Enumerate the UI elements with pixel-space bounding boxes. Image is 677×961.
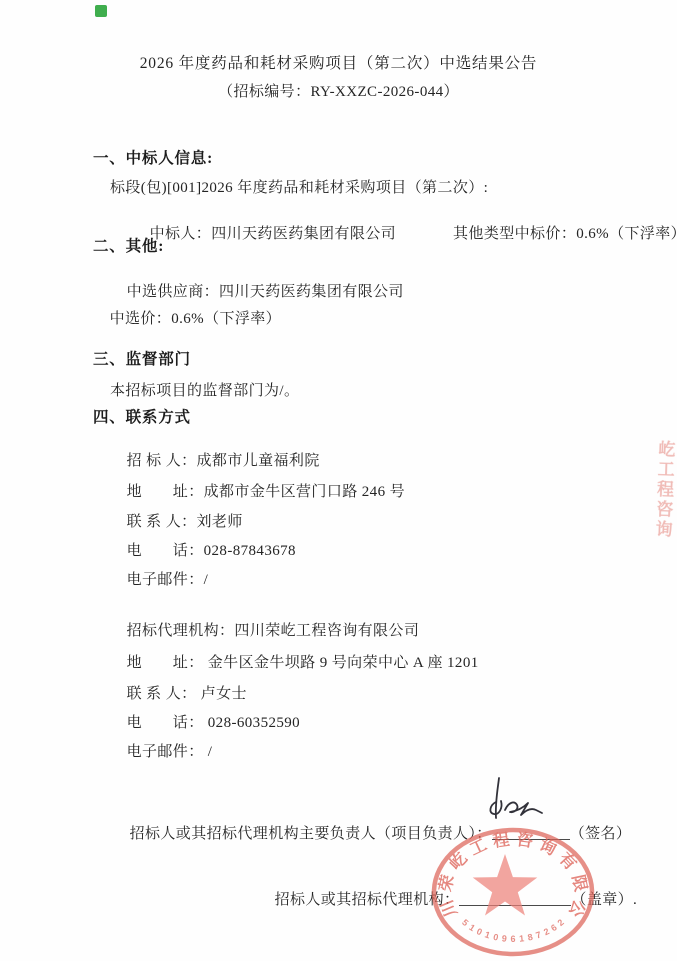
document-subtitle: （招标编号：RY-XXZC-2026-044） [0,84,677,101]
other-price-value: 0.6%（下浮率） [576,226,677,242]
svg-text:5101096187262: 5101096187262 [460,917,566,944]
supervision-body: 本招标项目的监督部门为/。 [110,383,299,400]
agency-phone-value: 028-60352590 [204,715,300,731]
seal-serial-number: 5101096187262 [460,917,566,944]
lot-line: 标段(包)[001]2026 年度药品和耗材采购项目（第二次）: [110,180,488,197]
scan-artifact-green-mark [95,5,107,17]
section-heading-other: 二、其他: [93,238,164,255]
selected-price-label: 中选价： [110,311,172,327]
agency-email-label: 电子邮件： [127,744,204,760]
agency-value: 四川荣屹工程咨询有限公司 [234,623,419,639]
email-value: / [204,572,209,588]
scan-artifact-stamp-bleed: 屹工程咨询 [649,440,677,541]
agency-email-value: / [204,744,213,760]
selected-price-line: 中选价：0.6%（下浮率） [93,294,281,345]
agency-label: 招标代理机构： [127,623,235,639]
section-heading-winner-info: 一、中标人信息: [93,150,213,167]
email-label: 电子邮件： [127,572,204,588]
other-price-label: 其他类型中标价： [453,226,576,242]
section-heading-contact: 四、联系方式 [93,409,191,426]
section-heading-supervision: 三、监督部门 [93,351,191,368]
agency-email-line: 电子邮件： / [110,727,212,778]
seal-star-icon [473,854,538,916]
scanned-document-page: 屹工程咨询 2026 年度药品和耗材采购项目（第二次）中选结果公告 （招标编号：… [0,0,677,961]
selected-price-value: 0.6%（下浮率） [171,311,281,327]
winner-line: 中标人：四川天药医药集团有限公司其他类型中标价：0.6%（下浮率） [133,209,677,260]
document-title: 2026 年度药品和耗材采购项目（第二次）中选结果公告 [0,55,677,72]
company-seal: 四川荣屹工程咨询有限公司 5101096187262 [428,824,600,960]
phone-value: 028-87843678 [204,543,296,559]
signature-handwriting [483,773,569,831]
tenderer-email-line: 电子邮件：/ [110,555,208,606]
winner-name: 四川天药医药集团有限公司 [211,226,396,242]
